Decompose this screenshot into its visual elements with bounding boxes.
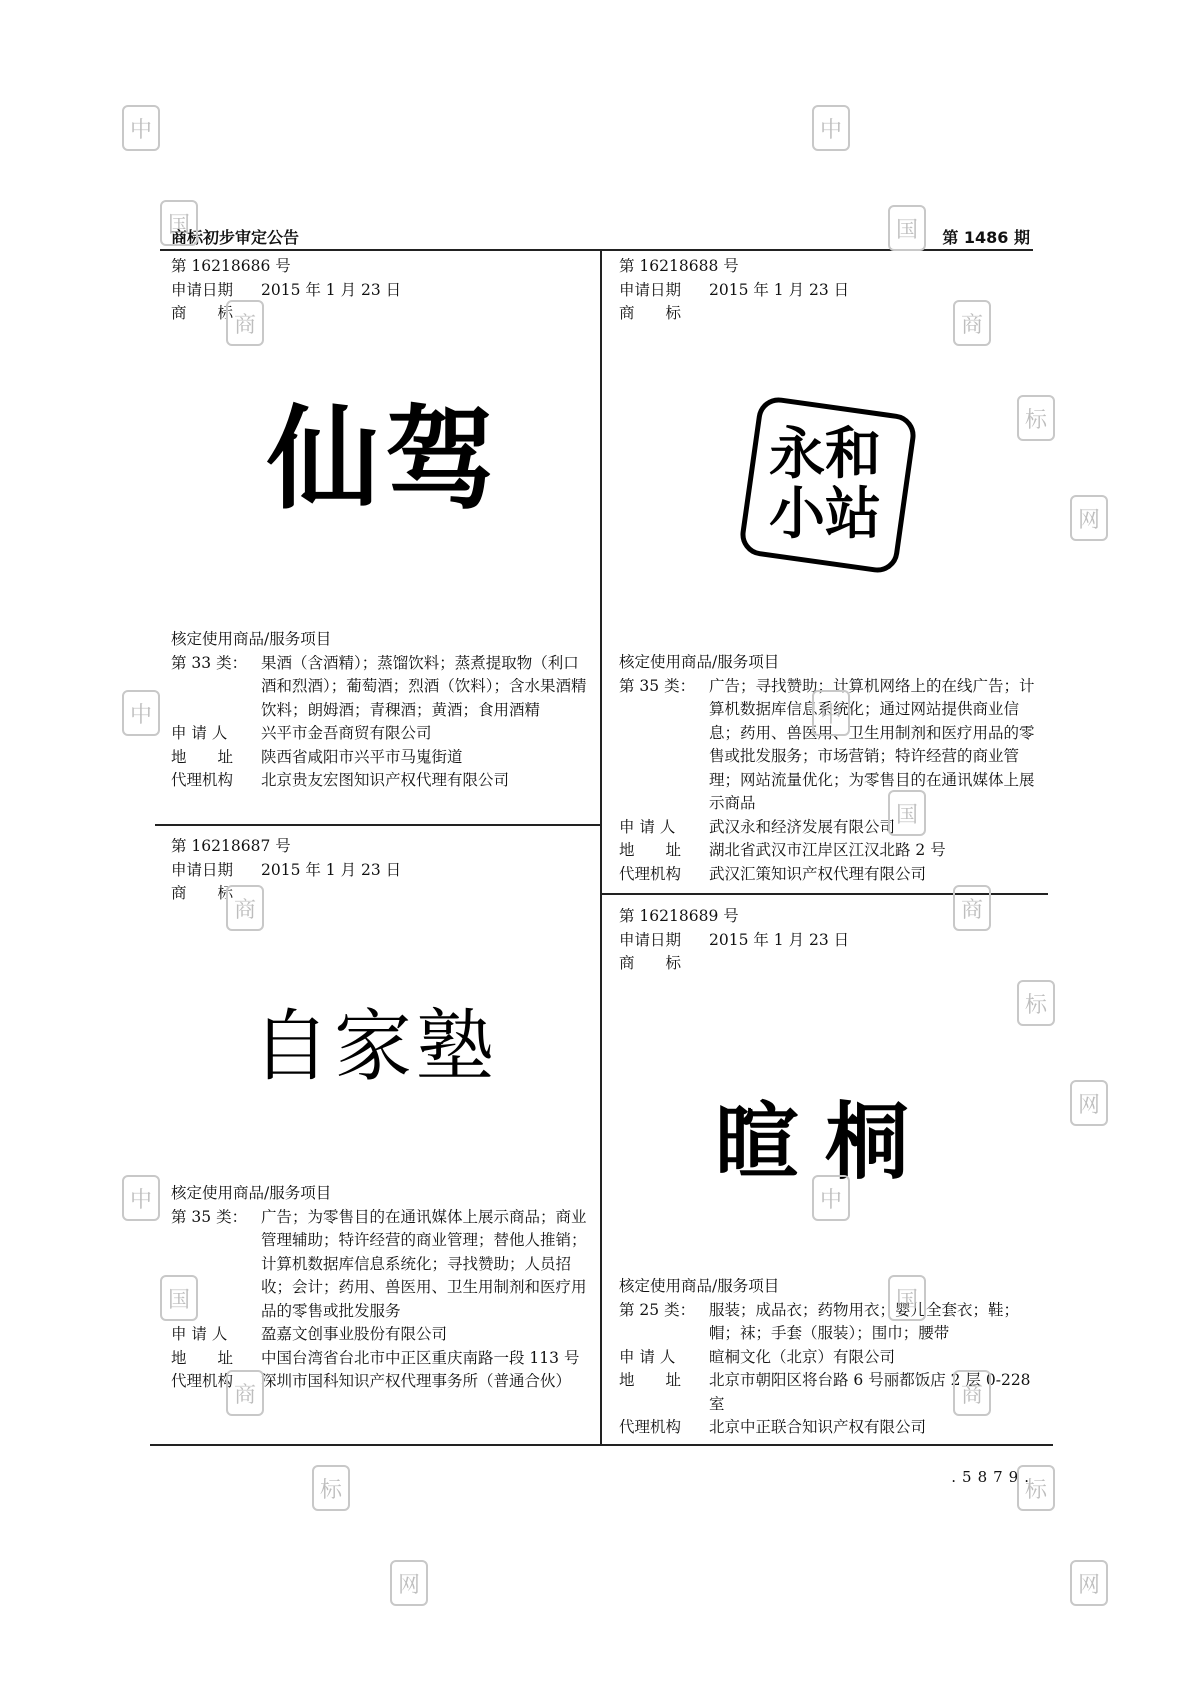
watermark-icon: 国: [888, 1275, 926, 1321]
watermark-icon: 网: [390, 1560, 428, 1606]
watermark-icon: 国: [160, 1275, 198, 1321]
date-label: 申请日期: [619, 279, 709, 303]
watermark-icon: 标: [1017, 1465, 1055, 1511]
goods-heading: 核定使用商品/服务项目: [619, 651, 1039, 675]
application-date: 2015 年 1 月 23 日: [709, 279, 1039, 303]
watermark-icon: 网: [1070, 1080, 1108, 1126]
trademark-image: 仙驾: [240, 380, 530, 520]
watermark-icon: 中: [122, 1175, 160, 1221]
date-label: 申请日期: [619, 929, 709, 953]
watermark-icon: 商: [953, 1370, 991, 1416]
applicant-label: 申 请 人: [619, 1346, 709, 1370]
watermark-icon: 网: [1070, 495, 1108, 541]
trademark-text: 仙驾: [267, 370, 503, 531]
watermark-icon: 标: [1017, 395, 1055, 441]
watermark-icon: 商: [226, 1370, 264, 1416]
column-divider: [600, 251, 602, 1444]
address-label: 地 址: [619, 839, 709, 863]
goods-heading: 核定使用商品/服务项目: [171, 628, 591, 652]
goods-list: 果酒（含酒精）；蒸馏饮料；蒸煮提取物（利口酒和烈酒）；葡萄酒；烈酒（饮料）；含水…: [261, 652, 591, 723]
class-label: 第 25 类：: [619, 1299, 709, 1346]
watermark-icon: 中: [812, 690, 850, 736]
watermark-icon: 商: [226, 885, 264, 931]
applicant: 武汉永和经济发展有限公司: [709, 816, 1039, 840]
date-label: 申请日期: [171, 859, 261, 883]
goods-list: 服装；成品衣；药物用衣；婴儿全套衣；鞋；帽；袜；手套（服装）；围巾；腰带: [709, 1299, 1039, 1346]
goods-list: 广告；为零售目的在通讯媒体上展示商品；商业管理辅助；特许经营的商业管理；替他人推…: [261, 1206, 591, 1324]
address-label: 地 址: [171, 746, 261, 770]
applicant: 暄桐文化（北京）有限公司: [709, 1346, 1039, 1370]
trademark-image: 永和小站: [745, 420, 905, 550]
goods-heading: 核定使用商品/服务项目: [171, 1182, 591, 1206]
footer-rule: [150, 1444, 1053, 1446]
trademark-details: 核定使用商品/服务项目 第 35 类：广告；为零售目的在通讯媒体上展示商品；商业…: [171, 1182, 591, 1394]
agent: 深圳市国科知识产权代理事务所（普通合伙）: [261, 1370, 591, 1394]
applicant: 兴平市金吾商贸有限公司: [261, 722, 591, 746]
watermark-icon: 中: [122, 105, 160, 151]
address: 陕西省咸阳市兴平市马嵬街道: [261, 746, 591, 770]
application-date: 2015 年 1 月 23 日: [709, 929, 1039, 953]
application-number: 第 16218687 号: [171, 835, 591, 859]
goods-list: 广告；寻找赞助；计算机网络上的在线广告；计算机数据库信息系统化；通过网站提供商业…: [709, 675, 1039, 816]
watermark-icon: 标: [312, 1465, 350, 1511]
trademark-text: 自家塾: [252, 984, 498, 1096]
date-label: 申请日期: [171, 279, 261, 303]
application-number: 第 16218688 号: [619, 255, 1039, 279]
trademark-details: 核定使用商品/服务项目 第 33 类：果酒（含酒精）；蒸馏饮料；蒸煮提取物（利口…: [171, 628, 591, 793]
class-label: 第 33 类：: [171, 652, 261, 723]
agent-label: 代理机构: [619, 863, 709, 887]
watermark-icon: 国: [160, 200, 198, 246]
watermark-icon: 中: [812, 105, 850, 151]
applicant-label: 申 请 人: [171, 722, 261, 746]
watermark-icon: 网: [1070, 1560, 1108, 1606]
watermark-icon: 国: [888, 205, 926, 251]
applicant: 盈嘉文创事业股份有限公司: [261, 1323, 591, 1347]
gazette-page: 商标初步审定公告 第 1486 期 第 16218686 号 申请日期2015 …: [0, 0, 1190, 1683]
agent: 北京中正联合知识产权有限公司: [709, 1416, 1039, 1440]
watermark-icon: 商: [226, 300, 264, 346]
applicant-label: 申 请 人: [619, 816, 709, 840]
watermark-icon: 商: [953, 300, 991, 346]
application-number: 第 16218686 号: [171, 255, 591, 279]
mark-label: 商 标: [619, 952, 1039, 976]
application-date: 2015 年 1 月 23 日: [261, 859, 591, 883]
agent: 武汉汇策知识产权代理有限公司: [709, 863, 1039, 887]
agent-label: 代理机构: [619, 1416, 709, 1440]
class-label: 第 35 类：: [619, 675, 709, 816]
watermark-icon: 中: [122, 690, 160, 736]
address: 湖北省武汉市江岸区江汉北路 2 号: [709, 839, 1039, 863]
address-label: 地 址: [171, 1347, 261, 1371]
address-label: 地 址: [619, 1369, 709, 1416]
applicant-label: 申 请 人: [171, 1323, 261, 1347]
agent: 北京贵友宏图知识产权代理有限公司: [261, 769, 591, 793]
application-date: 2015 年 1 月 23 日: [261, 279, 591, 303]
trademark-image: 自家塾: [230, 985, 520, 1095]
watermark-icon: 中: [812, 1175, 850, 1221]
left-entry-divider: [155, 824, 600, 826]
watermark-icon: 国: [888, 790, 926, 836]
goods-heading: 核定使用商品/服务项目: [619, 1275, 1039, 1299]
agent-label: 代理机构: [171, 769, 261, 793]
trademark-text: 永和小站: [760, 425, 890, 545]
watermark-icon: 商: [953, 885, 991, 931]
watermark-icon: 标: [1017, 980, 1055, 1026]
trademark-details: 核定使用商品/服务项目 第 35 类：广告；寻找赞助；计算机网络上的在线广告；计…: [619, 651, 1039, 886]
issue-number: 第 1486 期: [942, 225, 1030, 248]
trademark-image: 暄桐: [670, 1080, 980, 1190]
address: 中国台湾省台北市中正区重庆南路一段 113 号: [261, 1347, 591, 1371]
